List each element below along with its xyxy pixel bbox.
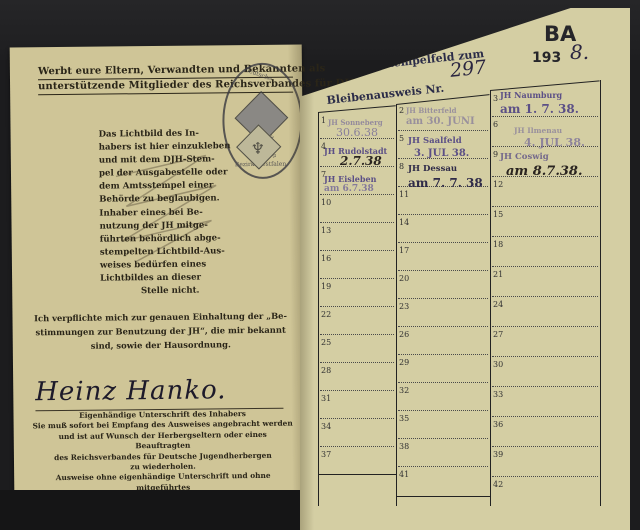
cell-number: 6 xyxy=(493,120,498,129)
instruction-line: stempelten Lichtbild-Aus- xyxy=(100,246,225,257)
row-line xyxy=(492,266,598,267)
cell-number: 38 xyxy=(399,442,409,451)
row-line xyxy=(398,326,488,327)
row-line xyxy=(492,326,598,327)
grid-divider-1 xyxy=(396,104,397,506)
pledge-line: stimmungen zur Benutzung der JH“, die mi… xyxy=(35,325,285,338)
cell-number: 14 xyxy=(399,218,409,227)
hostel-stamp-name: JH Saalfeld xyxy=(408,136,462,146)
cell-number: 9 xyxy=(493,150,498,159)
row-line xyxy=(492,446,598,447)
cell-number: 34 xyxy=(321,422,331,431)
cell-number: 32 xyxy=(399,386,409,395)
row-line xyxy=(492,356,598,357)
grid-border-left xyxy=(318,112,319,506)
hostel-stamp-name: JH Ilmenau xyxy=(514,126,562,135)
row-line xyxy=(492,476,598,477)
row-line xyxy=(320,222,394,223)
cell-number: 5 xyxy=(399,134,404,143)
hostel-stamp-name: JH Coswig xyxy=(500,152,549,162)
cell-number: 13 xyxy=(321,226,331,235)
instruction-line: habers ist hier einzukleben xyxy=(99,141,231,152)
grid-bottom-1 xyxy=(318,474,396,475)
row-line xyxy=(398,242,488,243)
pledge-text: Ich verpflichte mich zur genauen Einhalt… xyxy=(30,309,290,354)
cell-number: 22 xyxy=(321,310,331,319)
cell-number: 42 xyxy=(493,480,503,489)
caption-line: und ist auf Wunsch der Herbergseltern od… xyxy=(59,430,267,451)
cell-number: 21 xyxy=(493,270,503,279)
hostel-stamp-date: am 6.7.38 xyxy=(324,184,374,194)
stamp-text-top: Deutsche xyxy=(244,66,273,82)
row-line xyxy=(492,296,598,297)
cell-number: 27 xyxy=(493,330,503,339)
row-line xyxy=(320,278,394,279)
hostel-stamp-date: 3. JUL 38. xyxy=(414,148,469,159)
row-line xyxy=(398,382,488,383)
cell-number: 3 xyxy=(493,94,498,103)
row-line xyxy=(398,354,488,355)
hostel-stamp-name: JH Dessau xyxy=(408,164,457,174)
cell-number: 36 xyxy=(493,420,503,429)
cell-number: 25 xyxy=(321,338,331,347)
grid-top-1 xyxy=(318,105,396,113)
instruction-line: führten behördlich abge- xyxy=(100,233,221,244)
row-line xyxy=(398,410,488,411)
cell-number: 26 xyxy=(399,330,409,339)
row-line xyxy=(398,270,488,271)
row-line xyxy=(320,418,394,419)
instruction-line: nutzung der JH mitge- xyxy=(99,220,207,231)
row-line xyxy=(492,206,598,207)
row-line xyxy=(492,416,598,417)
pledge-line: sind, sowie der Hausordnung. xyxy=(91,339,231,350)
row-line xyxy=(320,390,394,391)
cell-number: 41 xyxy=(399,470,409,479)
instruction-line: Behörde zu beglaubigen. xyxy=(99,194,219,205)
cell-number: 39 xyxy=(493,450,503,459)
hostel-stamp-date: 30.6.38 xyxy=(336,126,378,139)
cell-number: 12 xyxy=(493,180,503,189)
instruction-line: Stelle nicht. xyxy=(100,284,240,299)
cell-number: 29 xyxy=(399,358,409,367)
row-line xyxy=(492,116,598,117)
row-line xyxy=(320,446,394,447)
cell-number: 24 xyxy=(493,300,503,309)
table-shadow xyxy=(0,490,300,530)
cell-number: 18 xyxy=(493,240,503,249)
cell-number: 17 xyxy=(399,246,409,255)
instruction-line: und mit dem DJH-Stem- xyxy=(99,155,215,166)
cell-number: 1 xyxy=(321,116,326,125)
caption-line: des Reichsverbandes für Deutsche Jugendh… xyxy=(54,450,272,461)
year-handwritten: 8. xyxy=(570,40,589,64)
row-line xyxy=(398,298,488,299)
instruction-line: Inhaber eines bei Be- xyxy=(99,207,202,218)
instruction-line: Lichtbildes an dieser xyxy=(100,273,201,284)
hostel-stamp-date: am 1. 7. 38. xyxy=(500,102,579,116)
cell-number: 30 xyxy=(493,360,503,369)
stamp-grid: 1 4 7 10 13 16 19 22 25 28 31 34 37 40 2… xyxy=(318,86,602,506)
eagle-icon: ♆ xyxy=(251,139,266,158)
year-prefix: 193 xyxy=(532,50,561,66)
row-line xyxy=(320,334,394,335)
right-page: BA 193 8. Stempelfeld zum Bleibenausweis… xyxy=(300,8,630,530)
cell-number: 31 xyxy=(321,394,331,403)
cell-number: 2 xyxy=(399,106,404,115)
cell-number: 10 xyxy=(321,198,331,207)
cell-number: 35 xyxy=(399,414,409,423)
instruction-line: weises bedürfen eines xyxy=(100,259,206,270)
row-line xyxy=(398,466,488,467)
cell-number: 20 xyxy=(399,274,409,283)
hostel-stamp-date: am 30. JUNI xyxy=(406,116,475,127)
row-line xyxy=(492,386,598,387)
instruction-line: dem Amtsstempel einer xyxy=(99,181,213,192)
caption-line: zu wiederholen. xyxy=(130,462,196,472)
row-line xyxy=(398,438,488,439)
photo-instructions: Das Lichtbild des In- habers ist hier ei… xyxy=(99,127,241,299)
hostel-stamp-date: 2.7.38 xyxy=(340,154,382,168)
cell-number: 19 xyxy=(321,282,331,291)
hostel-stamp-name: JH Eisleben xyxy=(324,174,376,184)
holder-signature: Heinz Hanko. xyxy=(35,375,227,407)
cell-number: 28 xyxy=(321,366,331,375)
left-page: Werbt eure Eltern, Verwandten und Bekann… xyxy=(10,44,307,495)
hostel-stamp-name: JH Naumburg xyxy=(500,90,562,100)
cell-number: 15 xyxy=(493,210,503,219)
row-line xyxy=(320,250,394,251)
row-line xyxy=(320,194,394,195)
instruction-line: Das Lichtbild des In- xyxy=(99,129,199,140)
row-line xyxy=(320,306,394,307)
caption-line: Eigenhändige Unterschrift des Inhabers xyxy=(79,409,246,420)
grid-divider-2 xyxy=(490,90,491,506)
row-line xyxy=(492,236,598,237)
row-line xyxy=(398,214,488,215)
cell-number: 23 xyxy=(399,302,409,311)
instruction-line: pel der Ausgabestelle oder xyxy=(99,168,228,179)
hostel-stamp-date: am 7. 7. 38 xyxy=(408,176,483,190)
row-line xyxy=(398,130,488,131)
grid-border-right xyxy=(600,80,601,506)
caption-line: Ausweise ohne eigenhändige Unterschrift … xyxy=(56,471,271,492)
cell-number: 11 xyxy=(399,190,409,199)
grid-top-2 xyxy=(396,94,490,105)
cell-number: 33 xyxy=(493,390,503,399)
cell-number: 16 xyxy=(321,254,331,263)
cell-number: 8 xyxy=(399,162,404,171)
pass-number: 297 xyxy=(449,56,487,82)
hostel-stamp-date: am 8.7.38. xyxy=(506,164,582,179)
cell-number: 37 xyxy=(321,450,331,459)
hostel-stamp-date: 4. JUL 38. xyxy=(524,136,585,149)
grid-bottom-2 xyxy=(396,496,490,497)
row-line xyxy=(320,362,394,363)
hostel-stamp-name: JH Bitterfeld xyxy=(406,106,457,115)
pledge-line: Ich verpflichte mich zur genauen Einhalt… xyxy=(34,311,287,324)
